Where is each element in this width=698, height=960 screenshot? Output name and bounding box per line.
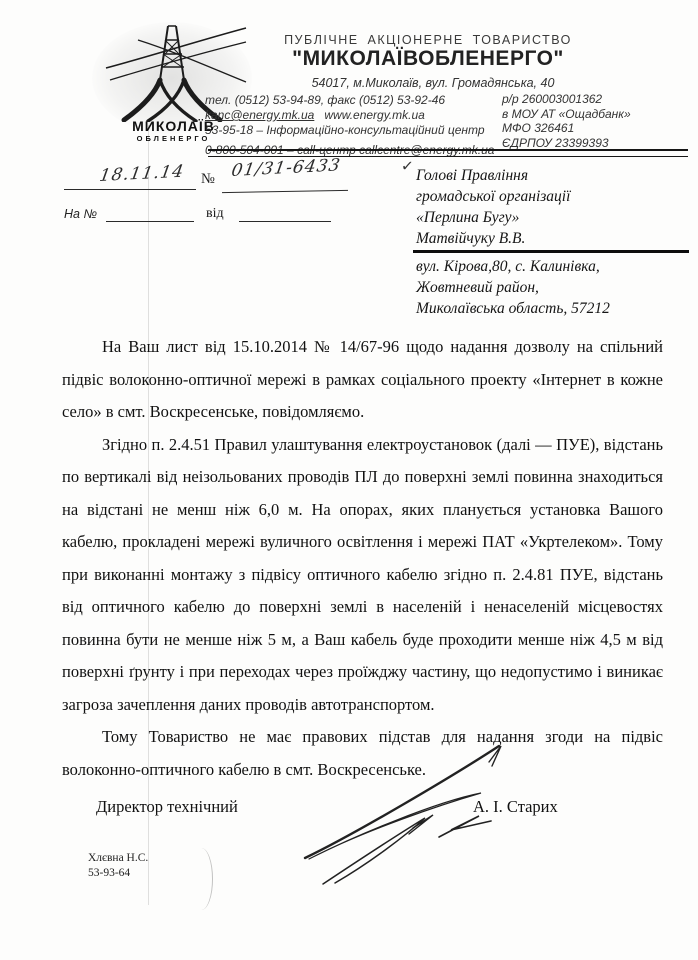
letterhead-divider <box>208 149 688 157</box>
recipient-line: «Перлина Бугу» <box>416 207 688 228</box>
pencil-mark <box>190 848 213 910</box>
recipient-name: Матвійчуку В.В. <box>416 228 688 249</box>
bank-mfo: МФО 326461 <box>502 121 682 136</box>
executor-name: Хлєвна Н.С. <box>88 851 148 866</box>
phone-fax-line: тел. (0512) 53-94-89, факс (0512) 53-92-… <box>205 93 505 108</box>
handwritten-ref-number: 01/31-6433 <box>230 155 342 181</box>
handwritten-date: 18.11.14 <box>98 162 186 186</box>
recipient-line: громадської організації <box>416 186 688 207</box>
email-website-line: kanc@energy.mk.ua www.energy.mk.ua <box>205 108 505 123</box>
executor-phone: 53-93-64 <box>88 866 148 881</box>
recipient-line: Голові Правління <box>416 165 688 186</box>
company-address: 54017, м.Миколаїв, вул. Громадянська, 40 <box>268 76 598 90</box>
info-center-line: 53-95-18 – Інформаційно-консультаційний … <box>205 123 505 138</box>
reply-to-label: На № <box>64 207 97 221</box>
letter-page: МИКОЛАЇВ ОБЛЕНЕРГО ПУБЛІЧНЕ АКЦІОНЕРНЕ Т… <box>0 0 698 960</box>
paragraph-regulations: Згідно п. 2.4.51 Правил улаштування елек… <box>62 429 663 722</box>
paragraph-intro: На Ваш лист від 15.10.2014 № 14/67-96 що… <box>62 331 663 429</box>
bank-account: р/р 260003001362 <box>502 92 682 107</box>
ref-number-underline <box>222 190 348 193</box>
website-text: www.energy.mk.ua <box>324 108 424 122</box>
bank-name: в МОУ АТ «Ощадбанк» <box>502 107 682 122</box>
executor-block: Хлєвна Н.С. 53-93-64 <box>88 851 148 881</box>
recipient-address-line: вул. Кірова,80, с. Калинівка, <box>416 256 688 277</box>
date-underline <box>64 189 196 190</box>
recipient-address-line: Жовтневий район, <box>416 277 688 298</box>
recipient-block: Голові Правління громадської організації… <box>416 165 688 249</box>
company-name: "МИКОЛАЇВОБЛЕНЕРГО" <box>238 47 618 71</box>
bank-details-block: р/р 260003001362 в МОУ АТ «Ощадбанк» МФО… <box>502 92 682 150</box>
recipient-address-block: вул. Кірова,80, с. Калинівка, Жовтневий … <box>416 256 688 319</box>
letter-body: На Ваш лист від 15.10.2014 № 14/67-96 що… <box>62 331 663 786</box>
reply-from-label: від <box>206 206 224 222</box>
email-text: kanc@energy.mk.ua <box>205 108 314 122</box>
org-type-line: ПУБЛІЧНЕ АКЦІОНЕРНЕ ТОВАРИСТВО <box>258 33 598 47</box>
edrpou-code: ЄДРПОУ 23399393 <box>502 136 682 151</box>
signer-name: А. І. Старих <box>473 797 558 817</box>
checkmark-annotation: ✓ <box>400 156 414 176</box>
recipient-underline <box>413 250 689 253</box>
recipient-address-line: Миколаївська область, 57212 <box>416 298 688 319</box>
number-sign-label: № <box>201 171 215 188</box>
reply-date-underline <box>239 221 331 222</box>
signer-position: Директор технічний <box>96 797 238 817</box>
reply-number-underline <box>106 221 194 222</box>
